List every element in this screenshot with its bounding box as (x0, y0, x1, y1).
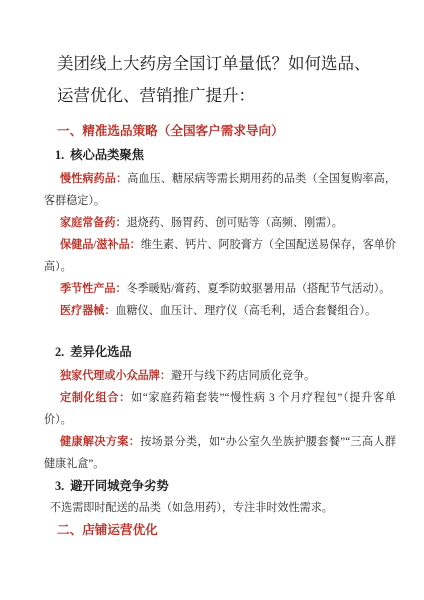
paragraph-text: 冬季暖贴/膏药、夏季防蚊驱暑用品（搭配节气活动）。 (127, 283, 391, 295)
item-2-title: 差异化选品 (70, 341, 132, 363)
paragraph-label: 慢性病药品： (60, 173, 127, 185)
paragraph-avoid-instant-delivery: 不选需即时配送的品类（如急用药），专注非时效性需求。 (44, 497, 396, 519)
paragraph-chronic-disease: 慢性病药品：高血压、糖尿病等需长期用药的品类（全国复购率高，客群稳定）。 (44, 168, 396, 212)
paragraph-health-supplements: 保健品/滋补品：维生素、钙片、阿胶膏方（全国配送易保存，客单价高）。 (44, 234, 396, 278)
item-3-title: 避开同城竞争劣势 (70, 475, 168, 497)
item-1-heading: 1. 核心品类聚焦 (55, 144, 396, 166)
document-title: 美团线上大药房全国订单量低？如何选品、运营优化、营销推广提升： (57, 48, 376, 112)
item-1-number: 1. (55, 144, 64, 166)
paragraph-custom-bundles: 定制化组合：如“家庭药箱套装”“慢性病 3 个月疗程包”（提升客单价）。 (44, 387, 396, 431)
item-3-number: 3. (55, 475, 64, 497)
paragraph-label: 独家代理或小众品牌： (60, 370, 171, 382)
paragraph-label: 健康解决方案： (60, 436, 140, 448)
paragraph-text: 不选需即时配送的品类（如急用药），专注非时效性需求。 (50, 502, 333, 514)
paragraph-seasonal-products: 季节性产品：冬季暖贴/膏药、夏季防蚊驱暑用品（搭配节气活动）。 (44, 278, 396, 300)
paragraph-text: 血糖仪、血压计、理疗仪（高毛利，适合套餐组合）。 (115, 305, 376, 317)
item-1-title: 核心品类聚焦 (70, 144, 144, 166)
document-page: 美团线上大药房全国订单量低？如何选品、运营优化、营销推广提升： 一、精准选品策略… (0, 0, 424, 600)
paragraph-health-solutions: 健康解决方案：按场景分类，如“办公室久坐族护腰套餐”“三高人群健康礼盒”。 (44, 431, 396, 475)
paragraph-exclusive-brands: 独家代理或小众品牌：避开与线下药店同质化竞争。 (44, 365, 396, 387)
section-1-heading: 一、精准选品策略（全国客户需求导向） (57, 120, 396, 142)
paragraph-label: 保健品/滋补品： (60, 239, 141, 251)
paragraph-household-medicine: 家庭常备药：退烧药、肠胃药、创可贴等（高频、刚需）。 (44, 212, 396, 234)
paragraph-text: 避开与线下药店同质化竞争。 (171, 370, 315, 382)
paragraph-label: 季节性产品： (60, 283, 127, 295)
section-2-heading: 二、店铺运营优化 (57, 519, 396, 541)
item-2-number: 2. (55, 341, 64, 363)
item-3-heading: 3. 避开同城竞争劣势 (55, 475, 396, 497)
item-2-heading: 2. 差异化选品 (55, 341, 396, 363)
paragraph-label: 医疗器械： (60, 305, 115, 317)
paragraph-medical-devices: 医疗器械：血糖仪、血压计、理疗仪（高毛利，适合套餐组合）。 (44, 300, 396, 322)
paragraph-label: 定制化组合： (60, 392, 131, 404)
paragraph-text: 退烧药、肠胃药、创可贴等（高频、刚需）。 (127, 217, 343, 229)
paragraph-label: 家庭常备药： (60, 217, 127, 229)
